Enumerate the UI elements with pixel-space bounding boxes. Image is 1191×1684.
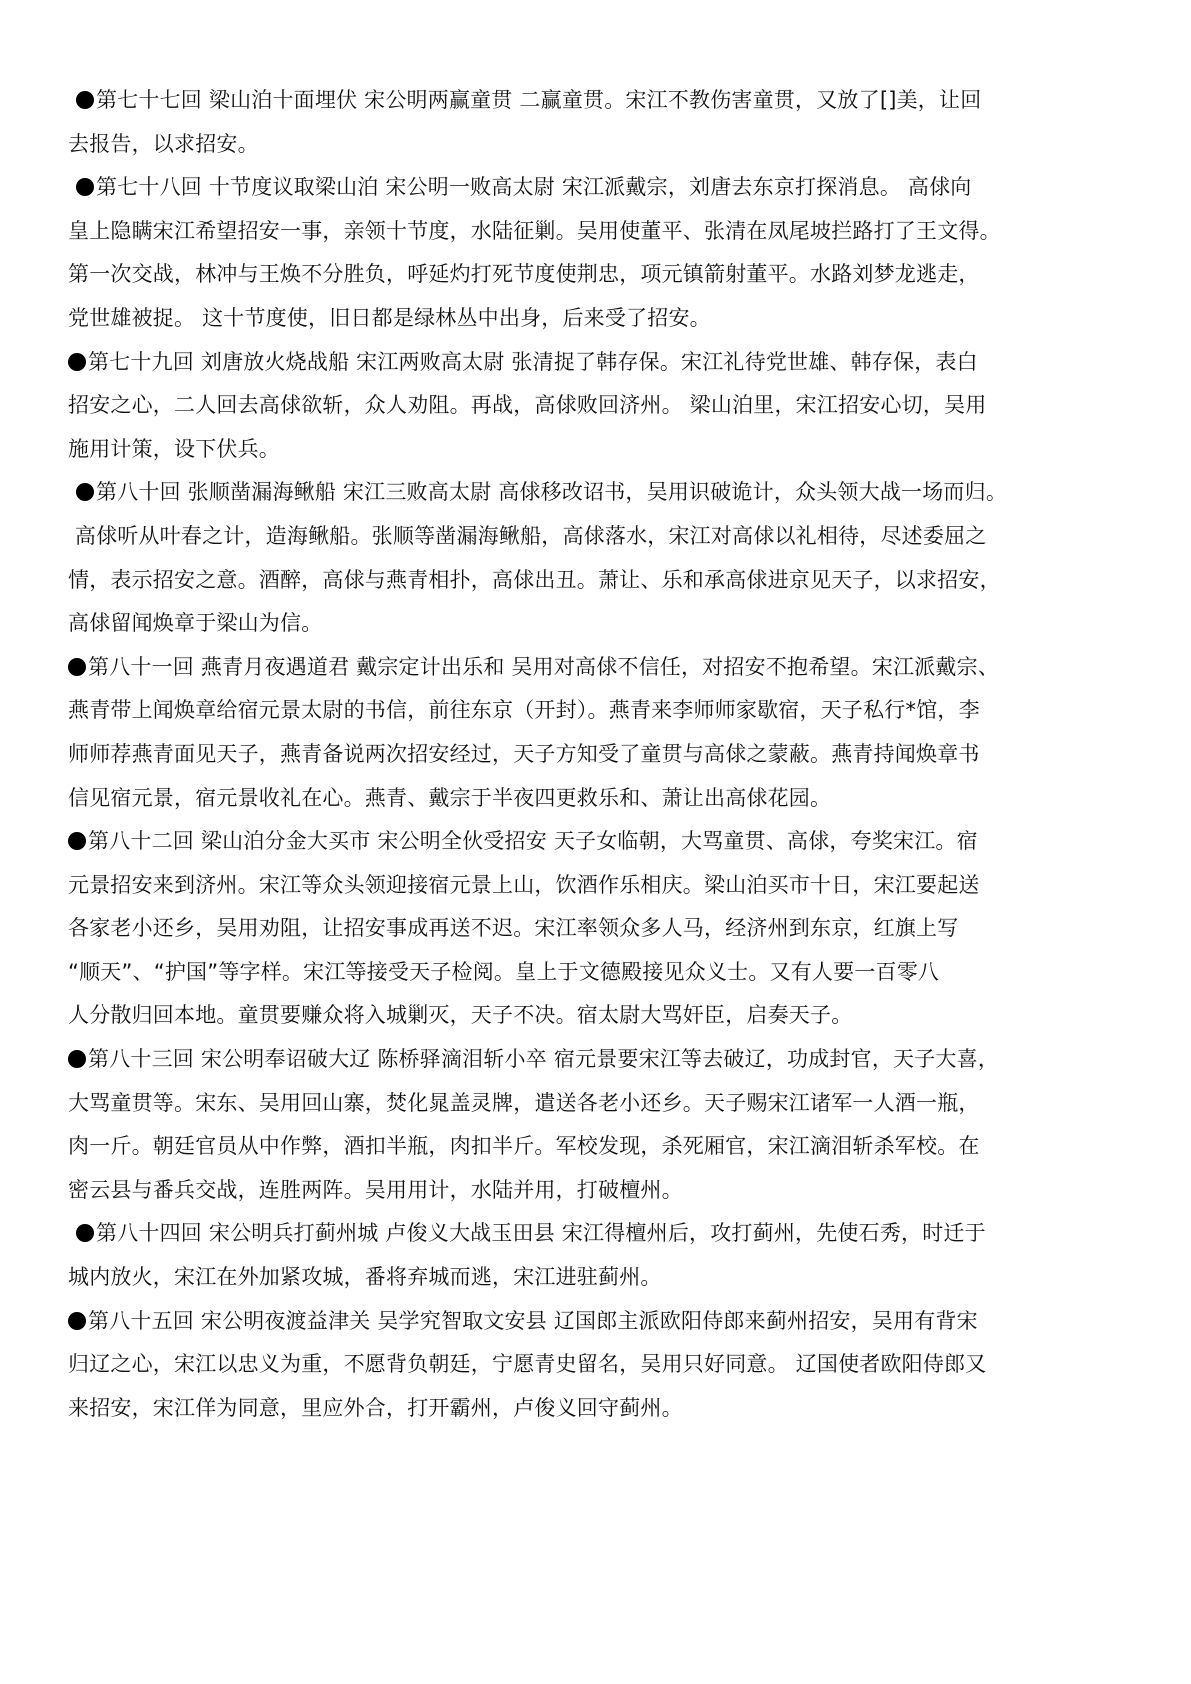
chapter-body-line: 来招安，宋江佯为同意，里应外合，打开霸州，卢俊义回守蓟州。 — [68, 1387, 1128, 1431]
chapter-heading-line: 第八十四回 宋公明兵打蓟州城 卢俊义大战玉田县 宋江得檀州后，攻打蓟州，先使石秀… — [68, 1212, 1128, 1256]
chapter-body-line: 党世雄被捉。 这十节度使，旧日都是绿林丛中出身，后来受了招安。 — [68, 297, 1128, 341]
chapter-body-line: 大骂童贯等。宋东、吴用回山寨，焚化晁盖灵牌，遣送各老小还乡。天子赐宋江诸军一人酒… — [68, 1082, 1128, 1126]
bullet-icon — [68, 353, 86, 371]
bullet-icon — [76, 178, 94, 196]
chapter-body-line: 肉一斤。朝廷官员从中作弊，酒扣半瓶，肉扣半斤。军校发现，杀死厢官，宋江滴泪斩杀军… — [68, 1125, 1128, 1169]
chapter-78: 第七十八回 十节度议取梁山泊 宋公明一败高太尉 宋江派戴宗，刘唐去东京打探消息。… — [68, 166, 1128, 340]
chapter-summary-list: 第七十七回 梁山泊十面埋伏 宋公明两赢童贯 二赢童贯。宋江不教伤害童贯，又放了[… — [68, 79, 1128, 1430]
chapter-body-line: 去报告，以求招安。 — [68, 123, 1128, 167]
bullet-icon — [76, 91, 94, 109]
chapter-body-line: 各家老小还乡，吴用劝阻，让招安事成再送不迟。宋江率领众多人马，经济州到东京，红旗… — [68, 907, 1128, 951]
bullet-icon — [76, 1224, 94, 1242]
chapter-body-line: 城内放火，宋江在外加紧攻城，番将弃城而逃，宋江进驻蓟州。 — [68, 1256, 1128, 1300]
bullet-icon — [76, 483, 94, 501]
chapter-heading-line: 第八十五回 宋公明夜渡益津关 吴学究智取文安县 辽国郎主派欧阳侍郎来蓟州招安，吴… — [68, 1300, 1128, 1344]
chapter-text: 第七十八回 十节度议取梁山泊 宋公明一败高太尉 宋江派戴宗，刘唐去东京打探消息。… — [96, 175, 972, 199]
chapter-body-line: 归辽之心，宋江以忠义为重，不愿背负朝廷，宁愿青史留名，吴用只好同意。 辽国使者欧… — [68, 1343, 1128, 1387]
chapter-84: 第八十四回 宋公明兵打蓟州城 卢俊义大战玉田县 宋江得檀州后，攻打蓟州，先使石秀… — [68, 1212, 1128, 1299]
chapter-body-line: 招安之心，二人回去高俅欲斩，众人劝阻。再战，高俅败回济州。 梁山泊里，宋江招安心… — [68, 384, 1128, 428]
chapter-text: 第八十一回 燕青月夜遇道君 戴宗定计出乐和 吴用对高俅不信任，对招安不抱希望。宋… — [88, 655, 999, 679]
chapter-heading-line: 第七十七回 梁山泊十面埋伏 宋公明两赢童贯 二赢童贯。宋江不教伤害童贯，又放了[… — [68, 79, 1128, 123]
chapter-body-line: 信见宿元景，宿元景收礼在心。燕青、戴宗于半夜四更救乐和、萧让出高俅花园。 — [68, 777, 1128, 821]
chapter-body-line: 高俅听从叶春之计，造海鳅船。张顺等凿漏海鳅船，高俅落水，宋江对高俅以礼相待，尽述… — [68, 515, 1128, 559]
chapter-79: 第七十九回 刘唐放火烧战船 宋江两败高太尉 张清捉了韩存保。宋江礼待党世雄、韩存… — [68, 341, 1128, 472]
chapter-heading-line: 第八十回 张顺凿漏海鳅船 宋江三败高太尉 高俅移改诏书，吴用识破诡计，众头领大战… — [68, 471, 1128, 515]
chapter-heading-line: 第八十一回 燕青月夜遇道君 戴宗定计出乐和 吴用对高俅不信任，对招安不抱希望。宋… — [68, 646, 1128, 690]
bullet-icon — [68, 832, 86, 850]
chapter-text: 第八十四回 宋公明兵打蓟州城 卢俊义大战玉田县 宋江得檀州后，攻打蓟州，先使石秀… — [96, 1221, 986, 1245]
chapter-82: 第八十二回 梁山泊分金大买市 宋公明全伙受招安 天子女临朝，大骂童贯、高俅，夸奖… — [68, 820, 1128, 1038]
chapter-heading-line: 第七十九回 刘唐放火烧战船 宋江两败高太尉 张清捉了韩存保。宋江礼待党世雄、韩存… — [68, 341, 1128, 385]
chapter-text: 第八十五回 宋公明夜渡益津关 吴学究智取文安县 辽国郎主派欧阳侍郎来蓟州招安，吴… — [88, 1309, 978, 1333]
chapter-body-line: 人分散归回本地。童贯要赚众将入城剿灭，天子不决。宿太尉大骂奸臣，启奏天子。 — [68, 994, 1128, 1038]
chapter-81: 第八十一回 燕青月夜遇道君 戴宗定计出乐和 吴用对高俅不信任，对招安不抱希望。宋… — [68, 646, 1128, 820]
chapter-text: 第七十九回 刘唐放火烧战船 宋江两败高太尉 张清捉了韩存保。宋江礼待党世雄、韩存… — [88, 350, 978, 374]
chapter-body-line: 高俅留闻焕章于梁山为信。 — [68, 602, 1128, 646]
chapter-body-line: “顺天”、“护国”等字样。宋江等接受天子检阅。皇上于文德殿接见众义士。又有人要一… — [68, 951, 1128, 995]
chapter-text: 第八十二回 梁山泊分金大买市 宋公明全伙受招安 天子女临朝，大骂童贯、高俅，夸奖… — [88, 829, 978, 853]
chapter-text: 第七十七回 梁山泊十面埋伏 宋公明两赢童贯 二赢童贯。宋江不教伤害童贯，又放了[… — [96, 88, 981, 112]
chapter-heading-line: 第八十二回 梁山泊分金大买市 宋公明全伙受招安 天子女临朝，大骂童贯、高俅，夸奖… — [68, 820, 1128, 864]
chapter-85: 第八十五回 宋公明夜渡益津关 吴学究智取文安县 辽国郎主派欧阳侍郎来蓟州招安，吴… — [68, 1300, 1128, 1431]
chapter-77: 第七十七回 梁山泊十面埋伏 宋公明两赢童贯 二赢童贯。宋江不教伤害童贯，又放了[… — [68, 79, 1128, 166]
chapter-heading-line: 第八十三回 宋公明奉诏破大辽 陈桥驿滴泪斩小卒 宿元景要宋江等去破辽，功成封官，… — [68, 1038, 1128, 1082]
bullet-icon — [68, 658, 86, 676]
chapter-body-line: 师师荐燕青面见天子，燕青备说两次招安经过，天子方知受了童贯与高俅之蒙蔽。燕青持闻… — [68, 733, 1128, 777]
bullet-icon — [68, 1050, 86, 1068]
chapter-body-line: 情，表示招安之意。酒醉，高俅与燕青相扑，高俅出丑。萧让、乐和承高俅进京见天子，以… — [68, 559, 1128, 603]
chapter-80: 第八十回 张顺凿漏海鳅船 宋江三败高太尉 高俅移改诏书，吴用识破诡计，众头领大战… — [68, 471, 1128, 645]
chapter-body-line: 皇上隐瞒宋江希望招安一事，亲领十节度，水陆征剿。吴用使董平、张清在凤尾坡拦路打了… — [68, 210, 1128, 254]
bullet-icon — [68, 1312, 86, 1330]
chapter-body-line: 燕青带上闻焕章给宿元景太尉的书信，前往东京（开封）。燕青来李师师家歇宿，天子私行… — [68, 689, 1128, 733]
chapter-body-line: 施用计策，设下伏兵。 — [68, 428, 1128, 472]
chapter-body-line: 密云县与番兵交战，连胜两阵。吴用用计，水陆并用，打破檀州。 — [68, 1169, 1128, 1213]
chapter-text: 第八十回 张顺凿漏海鳅船 宋江三败高太尉 高俅移改诏书，吴用识破诡计，众头领大战… — [96, 480, 1007, 504]
chapter-83: 第八十三回 宋公明奉诏破大辽 陈桥驿滴泪斩小卒 宿元景要宋江等去破辽，功成封官，… — [68, 1038, 1128, 1212]
document-page: 第七十七回 梁山泊十面埋伏 宋公明两赢童贯 二赢童贯。宋江不教伤害童贯，又放了[… — [0, 0, 1191, 1684]
chapter-body-line: 元景招安来到济州。宋江等众头领迎接宿元景上山，饮酒作乐相庆。梁山泊买市十日，宋江… — [68, 864, 1128, 908]
chapter-body-line: 第一次交战，林冲与王焕不分胜负，呼延灼打死节度使荆忠，项元镇箭射董平。水路刘梦龙… — [68, 253, 1128, 297]
chapter-heading-line: 第七十八回 十节度议取梁山泊 宋公明一败高太尉 宋江派戴宗，刘唐去东京打探消息。… — [68, 166, 1128, 210]
chapter-text: 第八十三回 宋公明奉诏破大辽 陈桥驿滴泪斩小卒 宿元景要宋江等去破辽，功成封官，… — [88, 1047, 999, 1071]
